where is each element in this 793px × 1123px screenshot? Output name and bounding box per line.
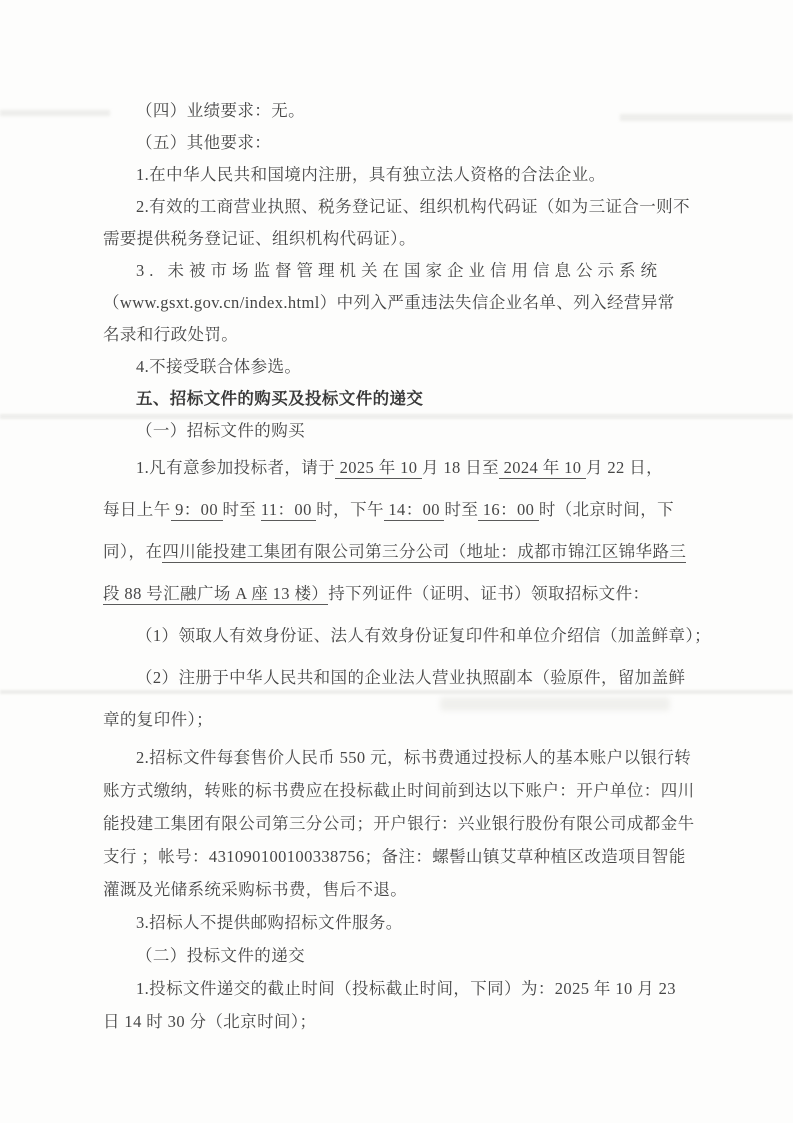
underlined-text-run: 四川能投建工集团有限公司第三分公司（地址：成都市锦江区锦华路三 (162, 542, 686, 563)
underlined-text-run: 14：00 (384, 500, 445, 521)
text-run: 1.在中华人民共和国境内注册，具有独立法人资格的合法企业。 (136, 165, 605, 184)
text-run: （2）注册于中华人民共和国的企业法人营业执照副本（验原件，留加盖鲜 (136, 668, 685, 687)
doc-line: （二）投标文件的递交 (103, 939, 685, 972)
text-run: 时，下午 (316, 500, 384, 519)
text-run: （一）招标文件的购买 (136, 421, 305, 440)
doc-line: （www.gsxt.gov.cn/index.html）中列入严重违法失信企业名… (103, 287, 685, 319)
underlined-text-run: 11：00 (261, 500, 316, 521)
underlined-text-run: 2025 年 10 (335, 458, 422, 479)
text-run: 每日上午 (103, 500, 171, 519)
text-run: 时至 (223, 500, 261, 519)
text-run: （二）投标文件的递交 (136, 946, 305, 965)
text-run: 账方式缴纳，转账的标书费应在投标截止时间前到达以下账户：开户单位：四川 (103, 781, 695, 800)
document-page: （四）业绩要求：无。（五）其他要求：1.在中华人民共和国境内注册，具有独立法人资… (0, 0, 793, 1123)
text-run: 同），在 (103, 542, 162, 561)
text-run: 3. 未被市场监督管理机关在国家企业信用信息公示系统 (136, 261, 662, 280)
text-run: （五）其他要求： (136, 133, 271, 152)
text-run: 五、招标文件的购买及投标文件的递交 (136, 389, 423, 408)
text-run: 1.凡有意参加投标者，请于 (136, 458, 335, 477)
doc-line: 日 14 时 30 分（北京时间）； (103, 1005, 685, 1038)
doc-line: 章的复印件）； (103, 699, 685, 741)
doc-line: 2.有效的工商营业执照、税务登记证、组织机构代码证（如为三证合一则不 (103, 191, 685, 223)
doc-line: 4.不接受联合体参选。 (103, 351, 685, 383)
doc-line: 1.投标文件递交的截止时间（投标截止时间，下同）为：2025 年 10 月 23 (103, 972, 685, 1005)
text-run: 4.不接受联合体参选。 (136, 357, 301, 376)
doc-line: 2.招标文件每套售价人民币 550 元，标书费通过投标人的基本账户以银行转 (103, 741, 685, 774)
doc-line: 灌溉及光储系统采购标书费，售后不退。 (103, 873, 685, 906)
doc-line: 账方式缴纳，转账的标书费应在投标截止时间前到达以下账户：开户单位：四川 (103, 774, 685, 807)
text-run: 章的复印件）； (103, 710, 213, 729)
doc-line: 1.在中华人民共和国境内注册，具有独立法人资格的合法企业。 (103, 159, 685, 191)
doc-line: （一）招标文件的购买 (103, 415, 685, 447)
text-run: 支行 ；帐号：431090100100338756；备注：螺髻山镇艾草种植区改造… (103, 847, 686, 866)
doc-line: 同），在四川能投建工集团有限公司第三分公司（地址：成都市锦江区锦华路三 (103, 531, 685, 573)
doc-line: 名录和行政处罚。 (103, 319, 685, 351)
doc-line: （2）注册于中华人民共和国的企业法人营业执照副本（验原件，留加盖鲜 (103, 657, 685, 699)
text-run: 时（北京时间，下 (539, 500, 674, 519)
text-run: 日 14 时 30 分（北京时间）； (103, 1012, 316, 1031)
doc-line: （四）业绩要求：无。 (103, 95, 685, 127)
document-body: （四）业绩要求：无。（五）其他要求：1.在中华人民共和国境内注册，具有独立法人资… (103, 95, 685, 1038)
text-run: （四）业绩要求：无。 (136, 101, 305, 120)
underlined-text-run: 段 88 号汇融广场 A 座 13 楼） (103, 584, 328, 605)
doc-line: （1）领取人有效身份证、法人有效身份证复印件和单位介绍信（加盖鲜章）； (103, 615, 685, 657)
text-run: 1.投标文件递交的截止时间（投标截止时间，下同）为：2025 年 10 月 23 (136, 979, 676, 998)
underlined-text-run: 9：00 (171, 500, 223, 521)
text-run: 月 22 日， (586, 458, 663, 477)
text-run: 月 18 日至 (422, 458, 499, 477)
text-run: 3.招标人不提供邮购招标文件服务。 (136, 913, 403, 932)
doc-line: 支行 ；帐号：431090100100338756；备注：螺髻山镇艾草种植区改造… (103, 840, 685, 873)
text-run: 名录和行政处罚。 (103, 325, 238, 344)
doc-line: 3.招标人不提供邮购招标文件服务。 (103, 906, 685, 939)
doc-line: 3. 未被市场监督管理机关在国家企业信用信息公示系统 (103, 255, 685, 287)
underlined-text-run: 2024 年 10 (499, 458, 586, 479)
text-run: 灌溉及光储系统采购标书费，售后不退。 (103, 880, 407, 899)
text-run: 能投建工集团有限公司第三分公司；开户银行：兴业银行股份有限公司成都金牛 (103, 814, 695, 833)
text-run: （www.gsxt.gov.cn/index.html）中列入严重违法失信企业名… (103, 293, 675, 312)
doc-line: 1.凡有意参加投标者，请于 2025 年 10 月 18 日至 2024 年 1… (103, 447, 685, 489)
doc-line: （五）其他要求： (103, 127, 685, 159)
scan-artifact-streak-left (0, 110, 110, 116)
doc-line: 能投建工集团有限公司第三分公司；开户银行：兴业银行股份有限公司成都金牛 (103, 807, 685, 840)
doc-line: 需要提供税务登记证、组织机构代码证）。 (103, 223, 685, 255)
text-run: 需要提供税务登记证、组织机构代码证）。 (103, 229, 416, 248)
text-run: 时至 (444, 500, 478, 519)
text-run: 2.有效的工商营业执照、税务登记证、组织机构代码证（如为三证合一则不 (136, 197, 690, 216)
text-run: （1）领取人有效身份证、法人有效身份证复印件和单位介绍信（加盖鲜章）； (136, 626, 711, 645)
doc-line: 每日上午 9：00 时至 11：00 时，下午 14：00 时至 16：00 时… (103, 489, 685, 531)
text-run: 持下列证件（证明、证书）领取招标文件： (328, 584, 649, 603)
section-heading-line: 五、招标文件的购买及投标文件的递交 (103, 383, 685, 415)
underlined-text-run: 16：00 (478, 500, 539, 521)
text-run: 2.招标文件每套售价人民币 550 元，标书费通过投标人的基本账户以银行转 (136, 748, 691, 767)
doc-line: 段 88 号汇融广场 A 座 13 楼）持下列证件（证明、证书）领取招标文件： (103, 573, 685, 615)
